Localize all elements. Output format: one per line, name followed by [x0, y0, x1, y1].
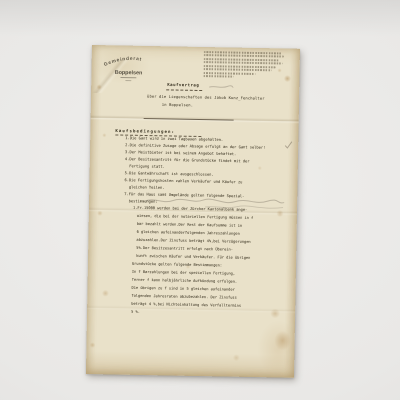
illegible-line [204, 68, 272, 71]
letterhead: Gemeinderat Boppelsen [99, 51, 158, 84]
typed-annotation-block [203, 51, 287, 80]
letterhead-flourish [125, 80, 131, 81]
document-title-text: Kaufvertrag [167, 82, 202, 87]
special-provisions: 1.Fr.15000 werden bei der Zürcher Kanton… [131, 203, 289, 321]
letterhead-arc-text: Gemeinderat [103, 55, 143, 68]
paper-sheet: Gemeinderat Boppelsen Kaufvertrag ü [86, 45, 300, 378]
illegible-line [203, 75, 233, 78]
illegible-line [204, 61, 283, 64]
letterhead-subline-illegible [120, 77, 136, 78]
document-title: Kaufvertrag [167, 82, 201, 93]
letterhead-municipality: Boppelsen [115, 70, 143, 77]
subtitle-line2: in Boppelsen. [162, 102, 222, 109]
margin-mark-illegible [284, 141, 293, 150]
title-side-note-illegible [207, 83, 235, 92]
document-photograph: Gemeinderat Boppelsen Kaufvertrag ü [0, 0, 400, 400]
illegible-line [203, 72, 255, 75]
